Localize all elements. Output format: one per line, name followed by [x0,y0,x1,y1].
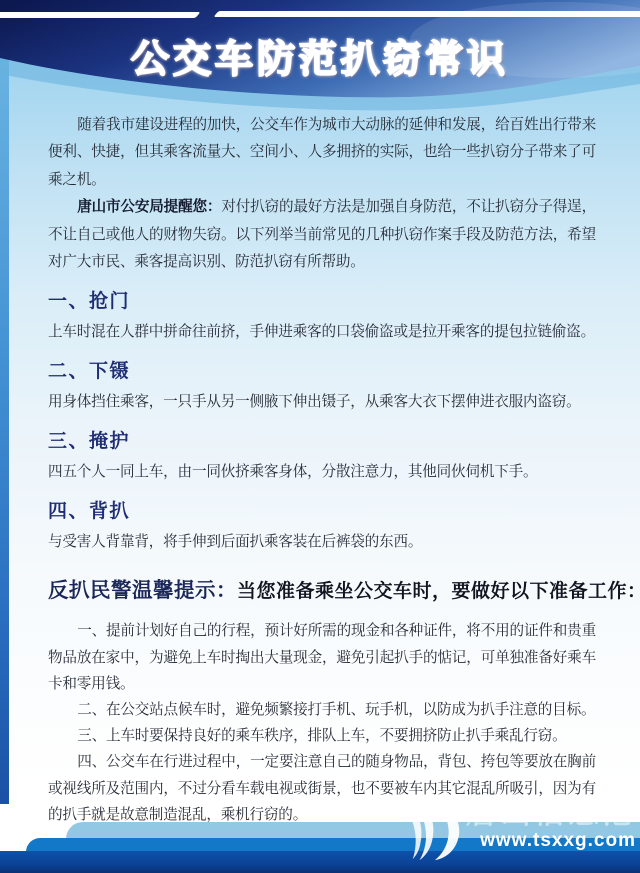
section-body: 上车时混在人群中拼命往前挤，手伸进乘客的口袋偷盗或是拉开乘客的提包拉链偷盗。 [48,319,596,346]
watermark-site-name: 唐山信息港 [466,796,636,830]
section-heading: 二、下镊 [48,359,596,385]
section-heading: 四、背扒 [48,499,596,525]
wave-swoosh-icon [406,802,464,864]
reminder-text: 当您准备乘坐公交车时，要做好以下准备工作： [237,581,640,602]
section-body: 用身体挡住乘客，一只手从另一侧腋下伸出镊子，从乘客大衣下摆伸进衣服内盗窃。 [48,389,596,416]
tip-item-2: 二、在公交站点候车时，避免频繁接打手机、玩手机，以防成为扒手注意的目标。 [48,697,596,723]
section-body: 四五个人一同上车，由一同伙挤乘客身体，分散注意力，其他同伙伺机下手。 [48,459,596,486]
police-warm-reminder: 反扒民警温馨提示：当您准备乘坐公交车时，要做好以下准备工作： [48,576,596,608]
method-sections: 一、抢门 上车时混在人群中拼命往前挤，手伸进乘客的口袋偷盗或是拉开乘客的提包拉链… [48,289,596,556]
tip-item-3: 三、上车时要保持良好的乘车秩序，排队上车，不要拥挤防止扒手乘乱行窃。 [48,723,596,749]
section-heading: 一、抢门 [48,289,596,315]
poster-page: 公交车防范扒窃常识 随着我市建设进程的加快，公交车作为城市大动脉的延伸和发展，给… [0,0,640,873]
section-qiangmen: 一、抢门 上车时混在人群中拼命往前挤，手伸进乘客的口袋偷盗或是拉开乘客的提包拉链… [48,289,596,346]
poster-title: 公交车防范扒窃常识 [0,28,640,83]
watermark-url: www.tsxxg.com [480,830,636,852]
tip-item-1: 一、提前计划好自己的行程，预计好所需的现金和各种证件，将不用的证件和贵重物品放在… [48,618,596,697]
watermark-text: 唐山信息港 www.tsxxg.com [466,796,636,852]
banner-stripe-left [0,12,201,18]
left-edge-strip [0,52,9,804]
section-body: 与受害人背靠背，将手伸到后面扒乘客装在后裤袋的东西。 [48,529,596,556]
section-beipa: 四、背扒 与受害人背靠背，将手伸到后面扒乘客装在后裤袋的东西。 [48,499,596,556]
police-bureau-lead: 唐山市公安局提醒您： [77,199,221,215]
section-heading: 三、掩护 [48,429,596,455]
poster-body: 随着我市建设进程的加快，公交车作为城市大动脉的延伸和发展，给百姓出行带来便利、快… [48,112,596,828]
section-yanhu: 三、掩护 四五个人一同上车，由一同伙挤乘客身体，分散注意力，其他同伙伺机下手。 [48,429,596,486]
banner-stripe-right [213,11,640,17]
intro-paragraph-1: 随着我市建设进程的加快，公交车作为城市大动脉的延伸和发展，给百姓出行带来便利、快… [48,112,596,194]
site-watermark: 唐山信息港 www.tsxxg.com [406,796,636,864]
intro-paragraph-2: 唐山市公安局提醒您：对付扒窃的最好方法是加强自身防范，不让扒窃分子得逞，不让自己… [48,194,596,276]
reminder-label: 反扒民警温馨提示： [48,579,237,602]
section-xianie: 二、下镊 用身体挡住乘客，一只手从另一侧腋下伸出镊子，从乘客大衣下摆伸进衣服内盗… [48,359,596,416]
